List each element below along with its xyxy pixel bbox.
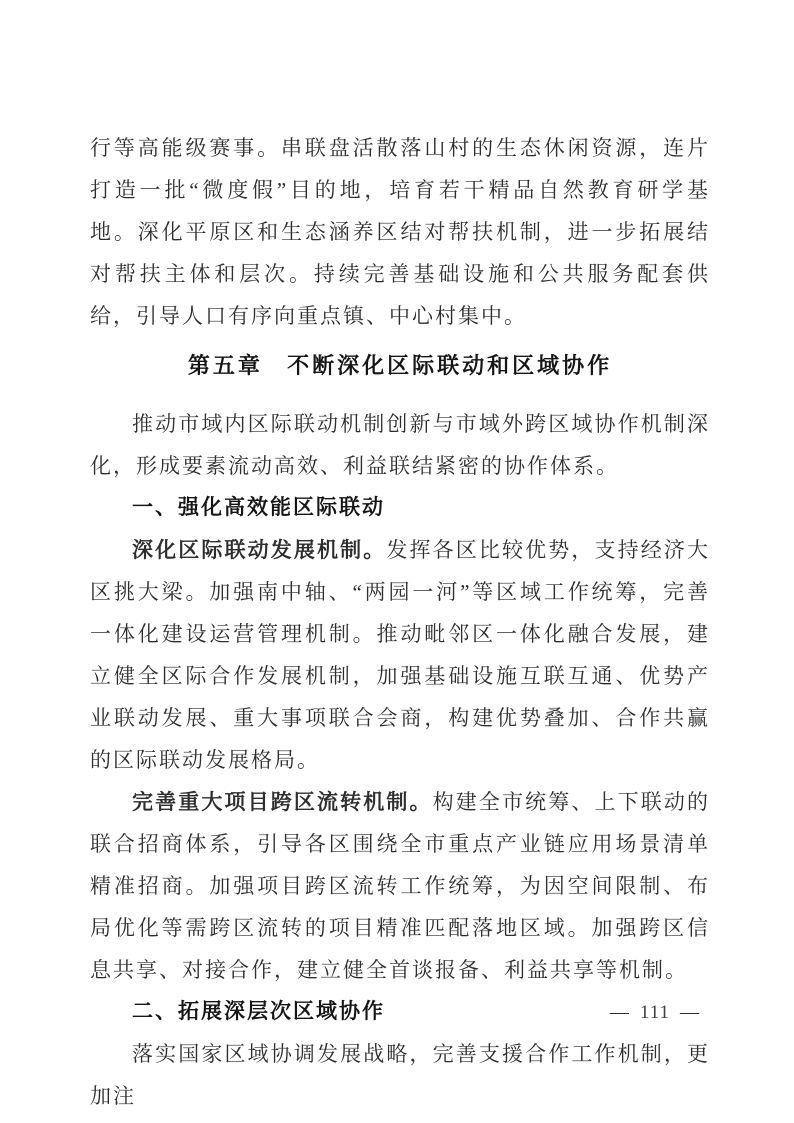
footer-left-dash: — bbox=[610, 1002, 630, 1023]
section-1-paragraph-2: 完善重大项目跨区流转机制。构建全市统筹、上下联动的联合招商体系，引导各区围绕全市… bbox=[90, 781, 710, 991]
chapter-title: 不断深化区际联动和区域协作 bbox=[287, 353, 612, 378]
section-1-paragraph-1: 深化区际联动发展机制。发挥各区比较优势，支持经济大区挑大梁。加强南中轴、“两园一… bbox=[90, 529, 710, 781]
paragraph-lead-sentence: 完善重大项目跨区流转机制。 bbox=[132, 790, 433, 814]
document-page: 行等高能级赛事。串联盘活散落山村的生态休闲资源，连片打造一批“微度假”目的地，培… bbox=[0, 0, 794, 1123]
page-content: 行等高能级赛事。串联盘活散落山村的生态休闲资源，连片打造一批“微度假”目的地，培… bbox=[90, 127, 710, 1117]
chapter-heading: 第五章不断深化区际联动和区域协作 bbox=[90, 345, 710, 387]
section-2-paragraph-1: 落实国家区域协调发展战略，完善支援合作工作机制，更加注 bbox=[90, 1033, 710, 1117]
paragraph-lead-sentence: 深化区际联动发展机制。 bbox=[132, 538, 386, 562]
paragraph-body-text: 构建全市统筹、上下联动的联合招商体系，引导各区围绕全市重点产业链应用场景清单精准… bbox=[90, 790, 710, 982]
page-number: 111 bbox=[640, 1002, 670, 1023]
paragraph-body-text: 落实国家区域协调发展战略，完善支援合作工作机制，更加注 bbox=[90, 1042, 710, 1108]
footer-right-dash: — bbox=[680, 1002, 700, 1023]
paragraph-body-text: 发挥各区比较优势，支持经济大区挑大梁。加强南中轴、“两园一河”等区域工作统筹，完… bbox=[90, 538, 710, 772]
intro-paragraph: 推动市域内区际联动机制创新与市域外跨区域协作机制深化，形成要素流动高效、利益联结… bbox=[90, 403, 710, 487]
chapter-number: 第五章 bbox=[188, 353, 263, 378]
page-number-footer: —111— bbox=[600, 992, 710, 1034]
section-heading-1: 一、强化高效能区际联动 bbox=[90, 487, 710, 529]
continuation-paragraph: 行等高能级赛事。串联盘活散落山村的生态休闲资源，连片打造一批“微度假”目的地，培… bbox=[90, 127, 710, 337]
